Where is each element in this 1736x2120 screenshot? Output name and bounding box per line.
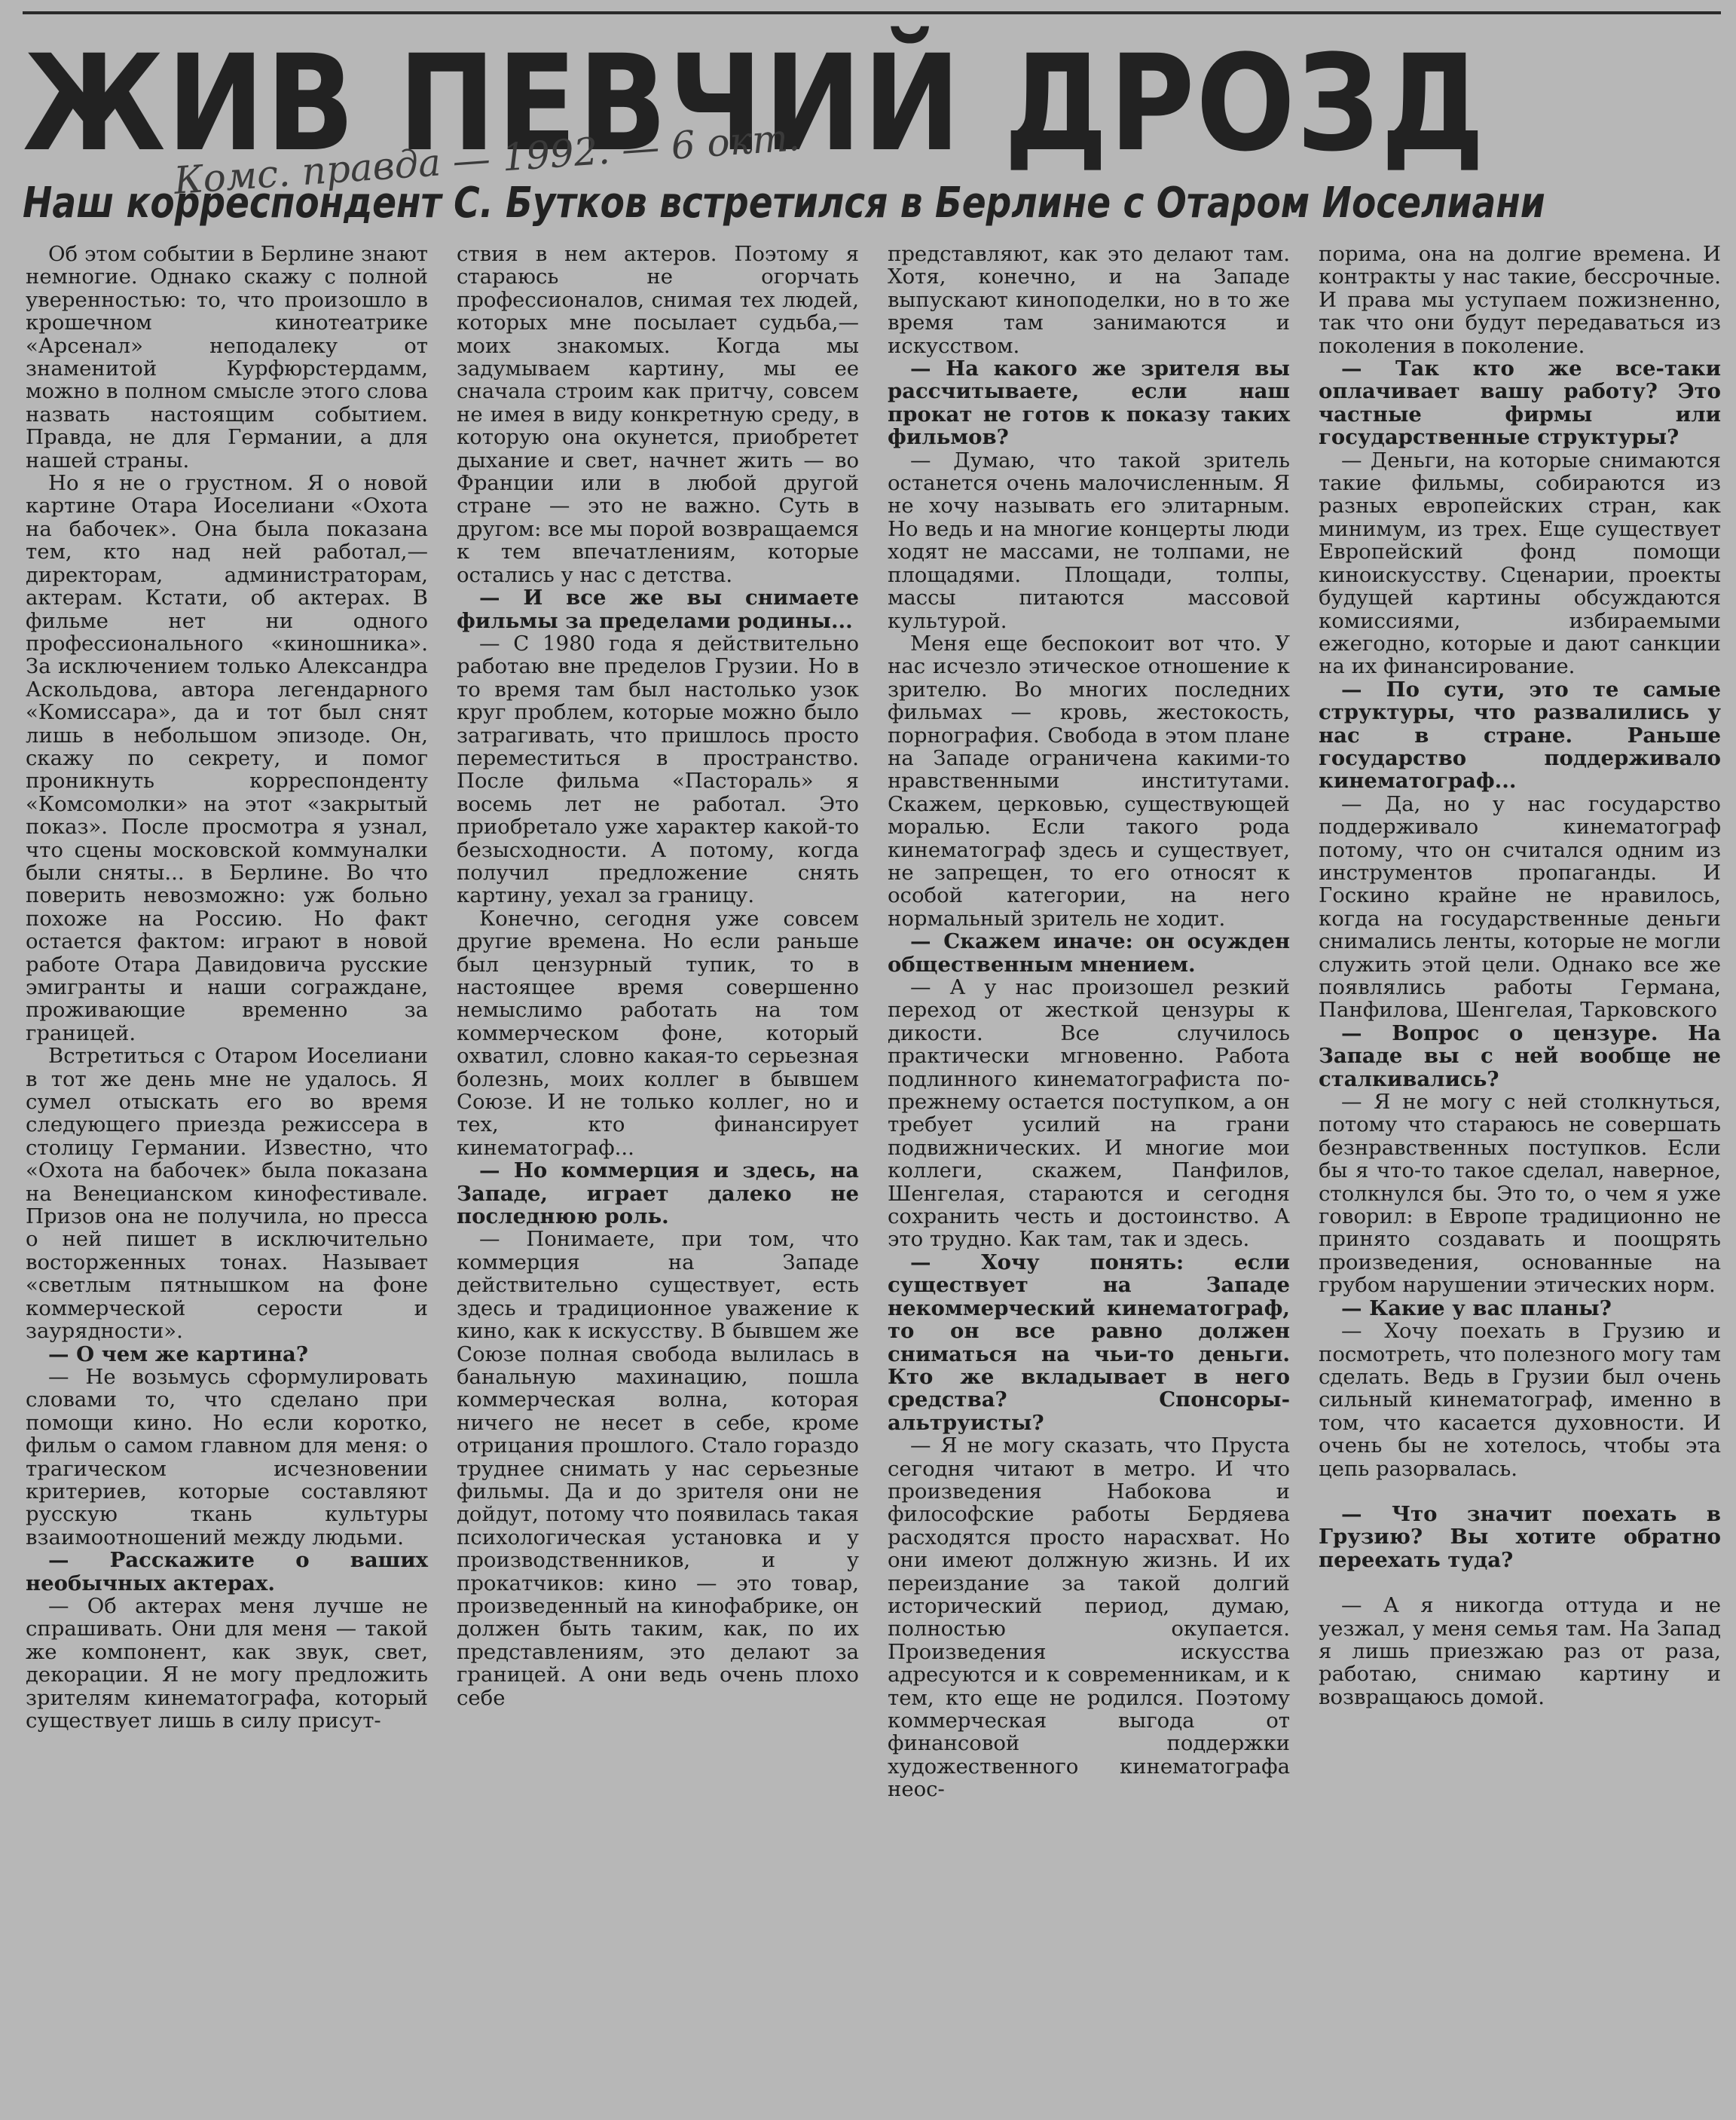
paragraph: Но я не о грустном. Я о новой картине От…: [26, 472, 428, 1045]
interview-question: — О чем же картина?: [26, 1343, 428, 1366]
paragraph-continuation: представляют, как это делают там. Хотя, …: [888, 243, 1290, 357]
article-column-2: ствия в нем актеров. Поэтому я стараюсь …: [457, 243, 859, 2097]
article-column-3: представляют, как это делают там. Хотя, …: [888, 243, 1290, 2097]
interview-answer: — Хочу поехать в Грузию и посмотреть, чт…: [1319, 1320, 1721, 1480]
top-rule-divider: [23, 11, 1721, 14]
interview-question: — Скажем иначе: он осужден общественным …: [888, 930, 1290, 976]
interview-question: — Вопрос о цензуре. На Западе вы с ней в…: [1319, 1022, 1721, 1091]
interview-question: — Какие у вас планы?: [1319, 1297, 1721, 1320]
paragraph: Об этом событии в Берлине знают немногие…: [26, 243, 428, 472]
interview-question: — По сути, это те самые структуры, что р…: [1319, 678, 1721, 793]
interview-question: — И все же вы снимаете фильмы за предела…: [457, 586, 859, 632]
interview-question: — Расскажите о ваших необычных актерах.: [26, 1549, 428, 1595]
interview-answer: — А у нас произошел резкий переход от же…: [888, 976, 1290, 1251]
interview-answer: — Я не могу с ней столкнуться, потому чт…: [1319, 1091, 1721, 1297]
paragraph-continuation: ствия в нем актеров. Поэтому я стараюсь …: [457, 243, 859, 586]
paragraph: Конечно, сегодня уже совсем другие време…: [457, 907, 859, 1159]
interview-question: — Так кто же все-таки оплачивает вашу ра…: [1319, 357, 1721, 449]
interview-answer: — Об актерах меня лучше не спрашивать. О…: [26, 1595, 428, 1732]
interview-question: — Что значит поехать в Грузию? Вы хотите…: [1319, 1503, 1721, 1571]
paragraph: Встретиться с Отаром Иоселиани в тот же …: [26, 1045, 428, 1342]
interview-answer: — Понимаете, при том, что коммерция на З…: [457, 1228, 859, 1709]
interview-question: — Хочу понять: если существует на Западе…: [888, 1251, 1290, 1434]
interview-answer: — А я никогда оттуда и не уезжал, у меня…: [1319, 1594, 1721, 1709]
interview-answer: — Я не могу сказать, что Пруста сегодня …: [888, 1434, 1290, 1801]
interview-question: — Но коммерция и здесь, на Западе, играе…: [457, 1159, 859, 1228]
paragraph-continuation: порима, она на долгие времена. И контрак…: [1319, 243, 1721, 357]
article-columns: Об этом событии в Берлине знают немногие…: [26, 243, 1721, 2097]
newspaper-clipping: ЖИВ ПЕВЧИЙ ДРОЗД Комс. правда — 1992. — …: [0, 0, 1736, 2120]
interview-answer: — С 1980 года я действительно работаю вн…: [457, 632, 859, 907]
article-column-1: Об этом событии в Берлине знают немногие…: [26, 243, 428, 2097]
subheadline: Наш корреспондент С. Бутков встретился в…: [23, 179, 1545, 228]
paragraph: Меня еще беспокоит вот что. У нас исчезл…: [888, 632, 1290, 930]
interview-answer: — Да, но у нас государство поддерживало …: [1319, 793, 1721, 1022]
interview-answer: — Думаю, что такой зритель останется оче…: [888, 449, 1290, 632]
interview-answer: — Деньги, на которые снимаются такие фил…: [1319, 449, 1721, 678]
interview-question: — На какого же зрителя вы рассчитываете,…: [888, 357, 1290, 449]
interview-answer: — Не возьмусь сформулировать словами то,…: [26, 1366, 428, 1549]
article-column-4: порима, она на долгие времена. И контрак…: [1319, 243, 1721, 2097]
